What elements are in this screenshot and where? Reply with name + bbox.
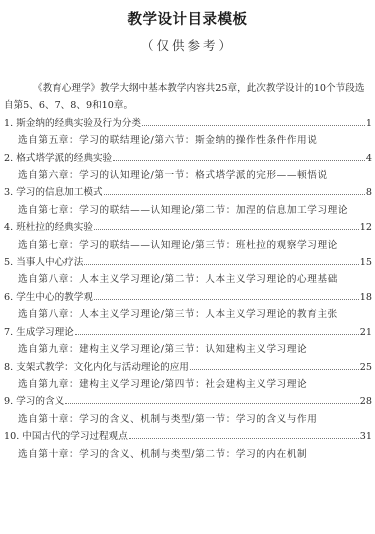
toc-entry-title: 10. 中国古代的学习过程观点: [4, 428, 128, 445]
toc-entry[interactable]: 9. 学习的含义28选自第十章：学习的含义、机制与类型/第一节：学习的含义与作用: [4, 393, 372, 428]
toc-entry-heading[interactable]: 1. 斯金纳的经典实验及行为分类1: [4, 115, 372, 132]
toc-entry-page: 18: [360, 289, 372, 306]
toc-entry[interactable]: 1. 斯金纳的经典实验及行为分类1选自第五章：学习的联结理论/第六节：斯金纳的操…: [4, 115, 372, 150]
toc-entry[interactable]: 10. 中国古代的学习过程观点31选自第十章：学习的含义、机制与类型/第二节：学…: [4, 428, 372, 463]
leader-dots: [104, 193, 365, 195]
toc-entry-heading[interactable]: 3. 学习的信息加工模式8: [4, 184, 372, 201]
toc-entry-title: 7. 生成学习理论: [4, 324, 74, 341]
toc-entry[interactable]: 7. 生成学习理论21选自第九章：建构主义学习理论/第三节：认知建构主义学习理论: [4, 324, 372, 359]
leader-dots: [94, 298, 359, 300]
toc-entry-heading[interactable]: 4. 班杜拉的经典实验12: [4, 219, 372, 236]
toc-entry-heading[interactable]: 10. 中国古代的学习过程观点31: [4, 428, 372, 445]
toc-entry-source: 选自第九章：建构主义学习理论/第三节：认知建构主义学习理论: [4, 341, 372, 358]
toc-entry-page: 4: [366, 150, 372, 167]
toc-entry[interactable]: 2. 格式塔学派的经典实验4选自第六章：学习的认知理论/第一节：格式塔学派的完形…: [4, 150, 372, 185]
document-title: 教学设计目录模板: [0, 8, 375, 29]
toc-entry-page: 31: [360, 428, 372, 445]
toc-entry-source: 选自第七章：学习的联结——认知理论/第二节：加涅的信息加工学习理论: [4, 202, 372, 219]
leader-dots: [129, 437, 359, 439]
document-body: 《教育心理学》教学大纲中基本教学内容共25章，此次教学设计的10个节段选自第5、…: [4, 80, 372, 463]
intro-paragraph: 《教育心理学》教学大纲中基本教学内容共25章，此次教学设计的10个节段选自第5、…: [4, 80, 372, 115]
toc-entry-title: 3. 学习的信息加工模式: [4, 184, 103, 201]
toc-entry-source: 选自第六章：学习的认知理论/第一节：格式塔学派的完形——顿悟说: [4, 167, 372, 184]
toc-entry-title: 4. 班杜拉的经典实验: [4, 219, 93, 236]
toc-entry-page: 8: [366, 184, 372, 201]
document-subtitle: （仅供参考）: [0, 36, 375, 54]
toc-entry-title: 2. 格式塔学派的经典实验: [4, 150, 112, 167]
toc-entry-source: 选自第八章：人本主义学习理论/第二节：人本主义学习理论的心理基础: [4, 271, 372, 288]
leader-dots: [113, 159, 365, 161]
toc-entry-heading[interactable]: 8. 支架式教学：文化内化与活动理论的应用25: [4, 359, 372, 376]
toc-entry-page: 28: [360, 393, 372, 410]
toc-entry-source: 选自第八章：人本主义学习理论/第三节：人本主义学习理论的教育主张: [4, 306, 372, 323]
toc-entry[interactable]: 6. 学生中心的教学观18选自第八章：人本主义学习理论/第三节：人本主义学习理论…: [4, 289, 372, 324]
leader-dots: [190, 368, 359, 370]
toc-entry-heading[interactable]: 6. 学生中心的教学观18: [4, 289, 372, 306]
toc-entry-source: 选自第五章：学习的联结理论/第六节：斯金纳的操作性条件作用说: [4, 132, 372, 149]
toc-entry-title: 6. 学生中心的教学观: [4, 289, 93, 306]
toc-entry-heading[interactable]: 9. 学习的含义28: [4, 393, 372, 410]
toc-entry-heading[interactable]: 5. 当事人中心疗法15: [4, 254, 372, 271]
toc-entry-page: 1: [366, 115, 372, 132]
leader-dots: [75, 333, 359, 335]
toc-entry-heading[interactable]: 7. 生成学习理论21: [4, 324, 372, 341]
toc-entry-title: 1. 斯金纳的经典实验及行为分类: [4, 115, 141, 132]
toc-entry-page: 25: [360, 359, 372, 376]
toc-entry-source: 选自第十章：学习的含义、机制与类型/第一节：学习的含义与作用: [4, 411, 372, 428]
table-of-contents: 1. 斯金纳的经典实验及行为分类1选自第五章：学习的联结理论/第六节：斯金纳的操…: [4, 115, 372, 463]
toc-entry-page: 21: [360, 324, 372, 341]
leader-dots: [94, 228, 359, 230]
leader-dots: [142, 124, 365, 126]
toc-entry-heading[interactable]: 2. 格式塔学派的经典实验4: [4, 150, 372, 167]
toc-entry[interactable]: 4. 班杜拉的经典实验12选自第七章：学习的联结——认知理论/第三节：班杜拉的观…: [4, 219, 372, 254]
toc-entry-page: 12: [360, 219, 372, 236]
leader-dots: [84, 263, 358, 265]
toc-entry-title: 5. 当事人中心疗法: [4, 254, 83, 271]
toc-entry-title: 8. 支架式教学：文化内化与活动理论的应用: [4, 359, 189, 376]
toc-entry-page: 15: [360, 254, 372, 271]
toc-entry-source: 选自第十章：学习的含义、机制与类型/第二节：学习的内在机制: [4, 446, 372, 463]
toc-entry[interactable]: 5. 当事人中心疗法15选自第八章：人本主义学习理论/第二节：人本主义学习理论的…: [4, 254, 372, 289]
toc-entry-source: 选自第九章：建构主义学习理论/第四节：社会建构主义学习理论: [4, 376, 372, 393]
toc-entry-title: 9. 学习的含义: [4, 393, 64, 410]
toc-entry[interactable]: 3. 学习的信息加工模式8选自第七章：学习的联结——认知理论/第二节：加涅的信息…: [4, 184, 372, 219]
toc-entry[interactable]: 8. 支架式教学：文化内化与活动理论的应用25选自第九章：建构主义学习理论/第四…: [4, 359, 372, 394]
leader-dots: [65, 402, 359, 404]
toc-entry-source: 选自第七章：学习的联结——认知理论/第三节：班杜拉的观察学习理论: [4, 237, 372, 254]
